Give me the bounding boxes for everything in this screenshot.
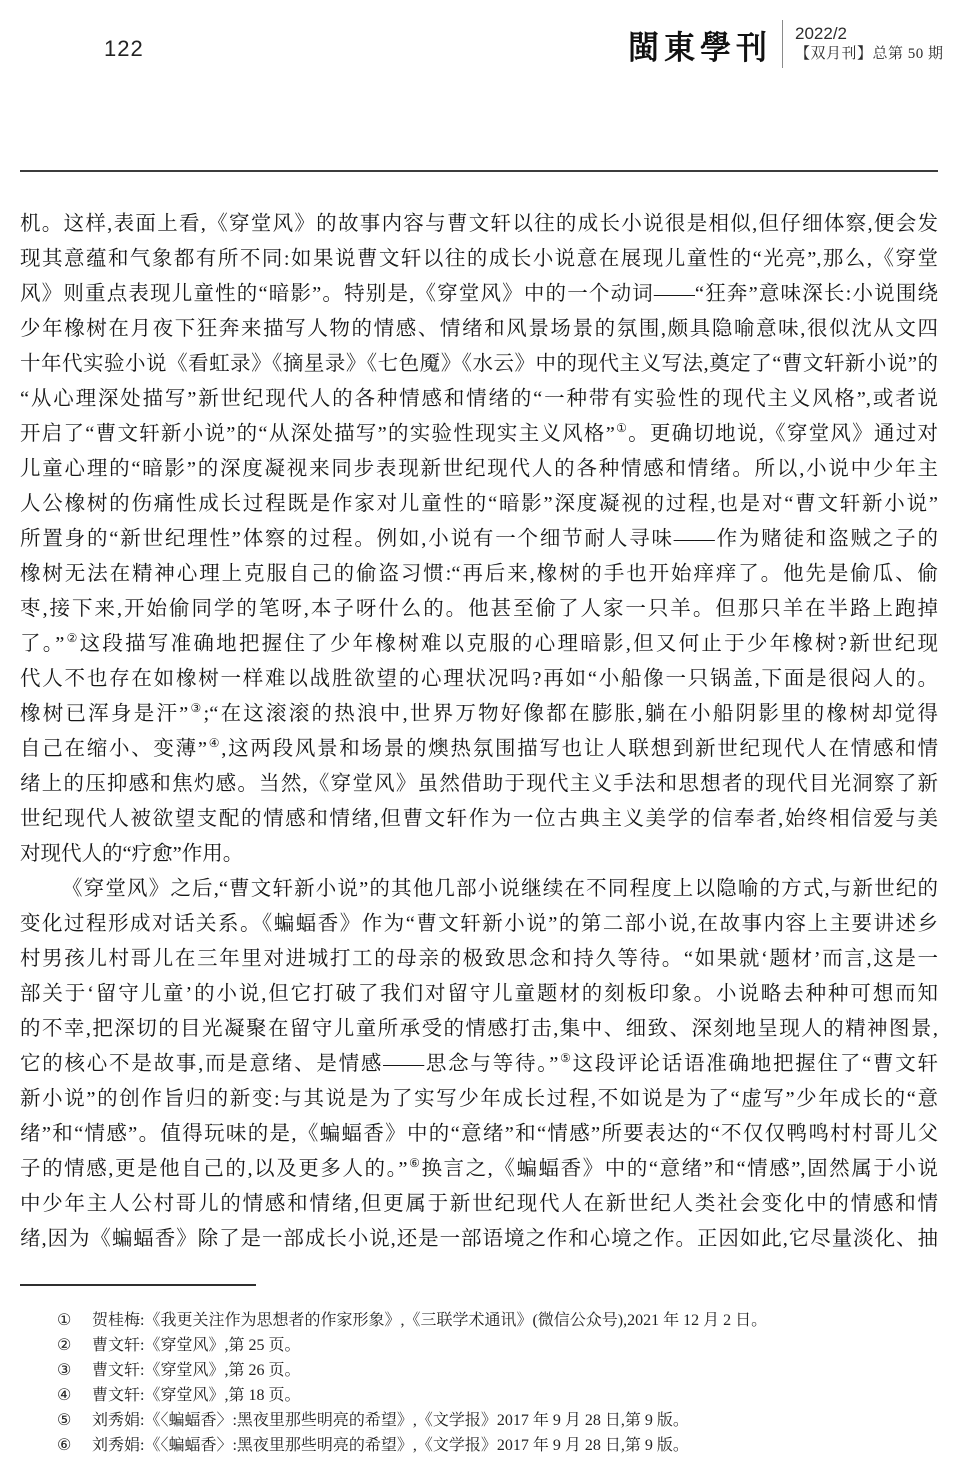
body-text-line: 现其意蕴和气象都有所不同:如果说曹文轩以往的成长小说意在展现儿童性的“光亮”,那…	[20, 242, 938, 277]
footnotes: ①贺桂梅:《我更关注作为思想者的作家形象》,《三联学术通讯》(微信公众号),20…	[20, 1308, 938, 1458]
body-text-line: 对现代人的“疗愈”作用。	[20, 837, 938, 872]
footnote-number: ②	[57, 1333, 79, 1358]
footnote-item: ①贺桂梅:《我更关注作为思想者的作家形象》,《三联学术通讯》(微信公众号),20…	[20, 1308, 938, 1333]
footnote-item: ⑥刘秀娟:《〈蝙蝠香〉:黑夜里那些明亮的希望》,《文学报》2017 年 9 月 …	[20, 1433, 938, 1458]
footnote-text: 曹文轩:《穿堂风》,第 25 页。	[92, 1333, 300, 1358]
article-body: 机。这样,表面上看,《穿堂风》的故事内容与曹文轩以往的成长小说很是相似,但仔细体…	[20, 207, 938, 1257]
footnote-number: ④	[57, 1383, 79, 1408]
footnote-separator	[20, 1284, 256, 1286]
header-divider	[782, 20, 783, 68]
body-text-line: 开启了“曹文轩新小说”的“从深处描写”的实验性现实主义风格”①。更确切地说,《穿…	[20, 417, 938, 452]
body-text-line: 部关于‘留守儿童’的小说,但它打破了我们对留守儿童题材的刻板印象。小说略去种种可…	[20, 977, 938, 1012]
body-text-line: 所置身的“新世纪理性”体察的过程。例如,小说有一个细节耐人寻味——作为赌徒和盗贼…	[20, 522, 938, 557]
body-text-line: 《穿堂风》之后,“曹文轩新小说”的其他几部小说继续在不同程度上以隐喻的方式,与新…	[20, 872, 938, 907]
footnote-item: ③曹文轩:《穿堂风》,第 26 页。	[20, 1358, 938, 1383]
footnote-number: ①	[57, 1308, 79, 1333]
body-text-line: 橡树已浑身是汗”③;“在这滚滚的热浪中,世界万物好像都在膨胀,躺在小船阴影里的橡…	[20, 697, 938, 732]
body-text-line: 自己在缩小、变薄”④,这两段风景和场景的燠热氛围描写也让人联想到新世纪现代人在情…	[20, 732, 938, 767]
body-text-line: 十年代实验小说《看虹录》《摘星录》《七色魇》《水云》中的现代主义写法,奠定了“曹…	[20, 347, 938, 382]
footnote-item: ④曹文轩:《穿堂风》,第 18 页。	[20, 1383, 938, 1408]
footnote-ref: ⑥	[408, 1156, 422, 1170]
footnote-ref: ⑤	[558, 1051, 572, 1065]
footnote-ref: ④	[207, 736, 221, 750]
footnote-text: 贺桂梅:《我更关注作为思想者的作家形象》,《三联学术通讯》(微信公众号),202…	[92, 1308, 767, 1333]
body-text-line: 了。”②这段描写准确地把握住了少年橡树难以克服的心理暗影,但又何止于少年橡树?新…	[20, 627, 938, 662]
footnote-text: 曹文轩:《穿堂风》,第 26 页。	[92, 1358, 300, 1383]
body-text-line: 机。这样,表面上看,《穿堂风》的故事内容与曹文轩以往的成长小说很是相似,但仔细体…	[20, 207, 938, 242]
body-text-line: 世纪现代人被欲望支配的情感和情绪,但曹文轩作为一位古典主义美学的信奉者,始终相信…	[20, 802, 938, 837]
body-text-line: 代人不也存在如橡树一样难以战胜欲望的心理状况吗?再如“小船像一只锅盖,下面是很闷…	[20, 662, 938, 697]
issue-year: 2022/2	[795, 23, 944, 44]
body-text-line: 橡树无法在精神心理上克服自己的偷盗习惯:“再后来,橡树的手也开始痒痒了。他先是偷…	[20, 557, 938, 592]
issue-info: 2022/2 【双月刊】总第 50 期	[795, 23, 944, 65]
body-text-line: 少年橡树在月夜下狂奔来描写人物的情感、情绪和风景场景的氛围,颇具隐喻意味,很似沈…	[20, 312, 938, 347]
footnote-ref: ①	[615, 421, 628, 435]
body-text-line: 变化过程形成对话关系。《蝙蝠香》作为“曹文轩新小说”的第二部小说,在故事内容上主…	[20, 907, 938, 942]
body-text-line: 它的核心不是故事,而是意绪、是情感——思念与等待。”⑤这段评论话语准确地把握住了…	[20, 1047, 938, 1082]
body-text-line: “从心理深处描写”新世纪现代人的各种情感和情绪的“一种带有实验性的现代主义风格”…	[20, 382, 938, 417]
footnote-text: 曹文轩:《穿堂风》,第 18 页。	[92, 1383, 300, 1408]
journal-header: 閩東學刊 2022/2 【双月刊】总第 50 期	[628, 20, 944, 68]
body-text-line: 新小说”的创作旨归的新变:与其说是为了实写少年成长过程,不如说是为了“虚写”少年…	[20, 1082, 938, 1117]
footnote-ref: ③	[188, 701, 203, 715]
body-text-line: 枣,接下来,开始偷同学的笔呀,本子呀什么的。他甚至偷了人家一只羊。但那只羊在半路…	[20, 592, 938, 627]
footnote-number: ⑥	[57, 1433, 79, 1458]
body-text-line: 的不幸,把深切的目光凝聚在留守儿童所承受的情感打击,集中、细致、深刻地呈现人的精…	[20, 1012, 938, 1047]
issue-number: 【双月刊】总第 50 期	[795, 44, 944, 65]
page-number: 122	[104, 36, 144, 62]
journal-page: 122 閩東學刊 2022/2 【双月刊】总第 50 期 机。这样,表面上看,《…	[0, 0, 958, 1476]
footnote-ref: ②	[64, 631, 79, 645]
footnote-text: 刘秀娟:《〈蝙蝠香〉:黑夜里那些明亮的希望》,《文学报》2017 年 9 月 2…	[92, 1408, 689, 1433]
body-text-line: 绪”和“情感”。值得玩味的是,《蝙蝠香》中的“意绪”和“情感”所要表达的“不仅仅…	[20, 1117, 938, 1152]
body-text-line: 中少年主人公村哥儿的情感和情绪,但更属于新世纪现代人在新世纪人类社会变化中的情感…	[20, 1187, 938, 1222]
footnote-number: ③	[57, 1358, 79, 1383]
body-text-line: 儿童心理的“暗影”的深度凝视来同步表现新世纪现代人的各种情感和情绪。所以,小说中…	[20, 452, 938, 487]
body-text-line: 人公橡树的伤痛性成长过程既是作家对儿童性的“暗影”深度凝视的过程,也是对“曹文轩…	[20, 487, 938, 522]
body-text-line: 绪,因为《蝙蝠香》除了是一部成长小说,还是一部语境之作和心境之作。正因如此,它尽…	[20, 1222, 938, 1257]
body-text-line: 风》则重点表现儿童性的“暗影”。特别是,《穿堂风》中的一个动词——“狂奔”意味深…	[20, 277, 938, 312]
body-text-line: 子的情感,更是他自己的,以及更多人的。”⑥换言之,《蝙蝠香》中的“意绪”和“情感…	[20, 1152, 938, 1187]
footnote-text: 刘秀娟:《〈蝙蝠香〉:黑夜里那些明亮的希望》,《文学报》2017 年 9 月 2…	[92, 1433, 689, 1458]
header-rule	[20, 170, 938, 172]
journal-logo: 閩東學刊	[628, 20, 772, 67]
body-text-line: 绪上的压抑感和焦灼感。当然,《穿堂风》虽然借助于现代主义手法和思想者的现代目光洞…	[20, 767, 938, 802]
footnote-item: ②曹文轩:《穿堂风》,第 25 页。	[20, 1333, 938, 1358]
body-text-line: 村男孩儿村哥儿在三年里对进城打工的母亲的极致思念和持久等待。“如果就‘题材’而言…	[20, 942, 938, 977]
footnote-number: ⑤	[57, 1408, 79, 1433]
footnote-item: ⑤刘秀娟:《〈蝙蝠香〉:黑夜里那些明亮的希望》,《文学报》2017 年 9 月 …	[20, 1408, 938, 1433]
